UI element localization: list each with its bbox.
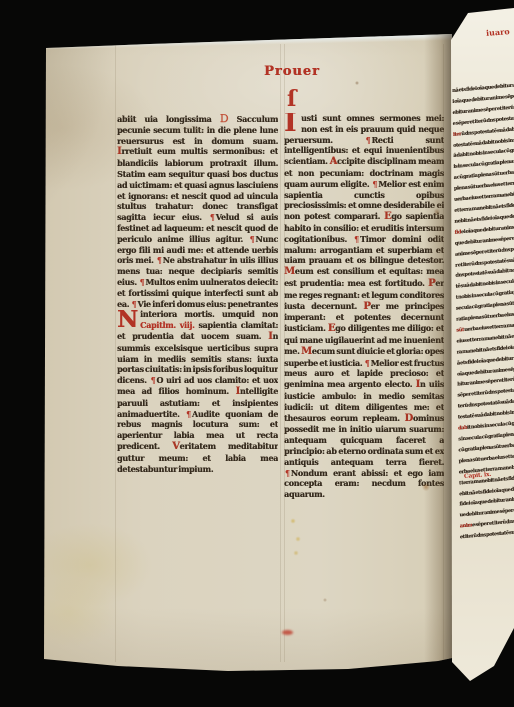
- red-quire-mark: [282, 630, 293, 635]
- facing-page-running-title-fragment: iuaro: [486, 26, 510, 38]
- photo-backdrop: Prouer abiit uia longissima D Sacculum p…: [0, 0, 514, 707]
- manuscript-page: Prouer abiit uia longissima D Sacculum p…: [0, 0, 514, 707]
- text-column-right: Iusti sunt omnes sermones mei: non est i…: [284, 113, 444, 557]
- ruling-line: [115, 44, 116, 662]
- running-title: Prouer: [264, 64, 334, 79]
- ruling-line: [280, 44, 281, 662]
- initial-flourish: ſ: [287, 88, 296, 110]
- text-column-left: abiit uia longissima D Sacculum pecunie …: [117, 114, 278, 550]
- gutter-shadow: [424, 30, 452, 670]
- page-top-edge-highlight: [44, 31, 454, 49]
